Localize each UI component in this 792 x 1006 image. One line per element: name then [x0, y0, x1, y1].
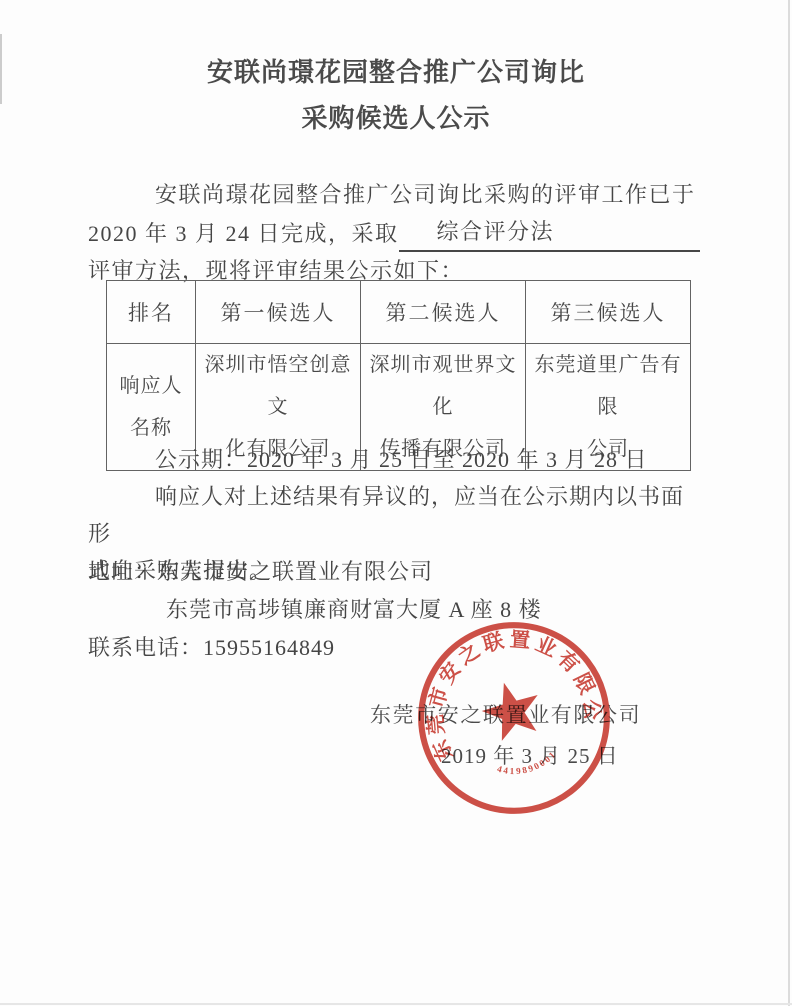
intro-paragraph: 安联尚璟花园整合推广公司询比采购的评审工作已于 2020 年 3 月 24 日完… — [88, 176, 700, 289]
address-line2: 东莞市高埗镇廉商财富大厦 A 座 8 楼 — [88, 591, 704, 629]
objection-line1: 响应人对上述结果有异议的，应当在公示期内以书面形 — [88, 478, 704, 552]
document-page: 安联尚璟花园整合推广公司询比 采购候选人公示 安联尚璟花园整合推广公司询比采购的… — [0, 0, 792, 1006]
method-value: 综合评分法 — [437, 219, 555, 244]
signature-company: 东莞市安之联置业有限公司 — [370, 699, 641, 729]
method-blank-underline: 综合评分法 — [399, 213, 700, 252]
scan-edge-right — [788, 0, 790, 1006]
candidate-2-line1: 深圳市观世界文化 — [361, 344, 525, 428]
header-candidate-3: 第三候选人 — [526, 281, 691, 344]
doc-title-line1: 安联尚璟花园整合推广公司询比 — [0, 52, 792, 89]
contact-block: 地址：东莞市安之联置业有限公司 东莞市高埗镇廉商财富大厦 A 座 8 楼 联系电… — [88, 553, 704, 667]
header-candidate-2: 第二候选人 — [361, 281, 526, 344]
notice-period-line: 公示期：2020 年 3 月 25 日至 2020 年 3 月 28 日 — [88, 441, 704, 478]
intro-line1: 安联尚璟花园整合推广公司询比采购的评审工作已于 — [88, 176, 700, 213]
row-label-line1: 响应人 — [107, 365, 195, 407]
scan-edge-bottom — [0, 1003, 792, 1005]
table-header-row: 排名 第一候选人 第二候选人 第三候选人 — [107, 281, 691, 344]
header-candidate-1: 第一候选人 — [196, 281, 361, 344]
doc-title-line2: 采购候选人公示 — [0, 98, 792, 135]
phone-line: 联系电话：15955164849 — [88, 629, 704, 667]
intro-line2: 2020 年 3 月 24 日完成，采取 综合评分法 — [88, 213, 700, 252]
candidate-1-line1: 深圳市悟空创意文 — [196, 344, 360, 428]
address-line1: 地址：东莞市安之联置业有限公司 — [88, 553, 704, 591]
header-rank: 排名 — [107, 281, 196, 344]
candidate-3-line1: 东莞道里广告有限 — [526, 344, 690, 428]
intro-line2-prefix: 2020 年 3 月 24 日完成，采取 — [88, 215, 399, 252]
signature-date: 2019 年 3 月 25 日 — [441, 740, 619, 770]
